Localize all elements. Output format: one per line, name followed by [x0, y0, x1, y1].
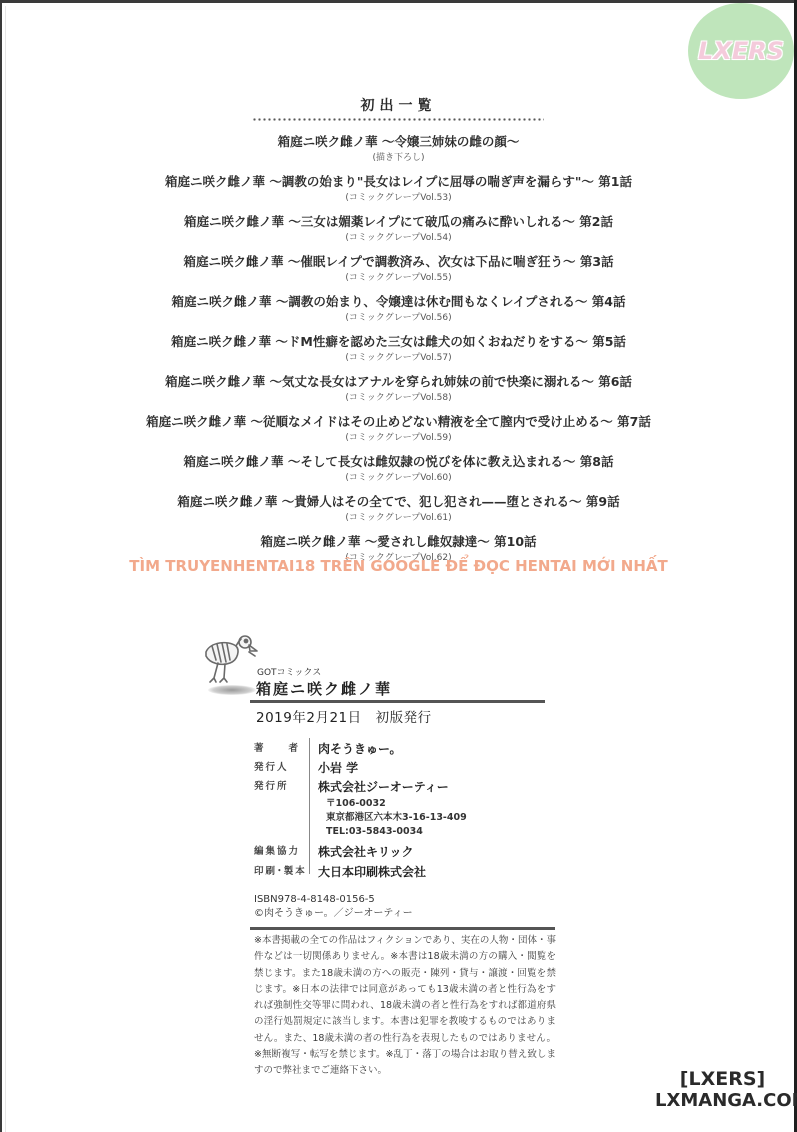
list-item: 箱庭ニ咲ク雌ノ華 〜ドM性癖を認めた三女は雌犬の如くおねだりをする〜 第5話(コ… — [0, 332, 797, 372]
lxers-logo-badge: LXERS — [688, 3, 794, 99]
list-item: 箱庭ニ咲ク雌ノ華 〜貴婦人はその全てで、犯し犯され——堕とされる〜 第9話(コミ… — [0, 492, 797, 532]
credit-label: 編集協力 — [254, 843, 310, 857]
phone-number: TEL:03-5843-0034 — [326, 825, 467, 839]
notice-rule — [250, 927, 555, 930]
bird-logo-icon — [200, 630, 262, 692]
entry-title: 箱庭ニ咲ク雌ノ華 〜ドM性癖を認めた三女は雌犬の如くおねだりをする〜 第5話 — [0, 332, 797, 352]
isbn: ISBN978-4-8148-0156-5 — [254, 893, 413, 907]
credit-value: 株式会社ジーオーティー — [310, 778, 449, 795]
page-border-top — [0, 0, 797, 3]
promo-banner-text: TÌM TRUYENHENTAI18 TRÊN GOOGLE ĐỂ ĐỌC HE… — [0, 557, 797, 575]
dotted-divider — [252, 118, 544, 121]
postal-code: 〒106-0032 — [326, 797, 467, 811]
contents-title: 初出一覧 — [0, 95, 797, 115]
entry-source: (コミックグレープVol.60) — [0, 472, 797, 484]
credit-value: 小岩 学 — [310, 759, 358, 776]
list-item: 箱庭ニ咲ク雌ノ華 〜従順なメイドはその止めどない精液を全て膣内で受け止める〜 第… — [0, 412, 797, 452]
entry-title: 箱庭ニ咲ク雌ノ華 〜愛されし雌奴隷達〜 第10話 — [0, 532, 797, 552]
credit-value: 株式会社キリック — [310, 843, 414, 860]
credit-printing: 印刷･製本 大日本印刷株式会社 — [254, 863, 467, 883]
book-title: 箱庭ニ咲ク雌ノ華 — [256, 678, 392, 699]
entry-title: 箱庭ニ咲ク雌ノ華 〜そして長女は雌奴隷の悦びを体に教え込まれる〜 第8話 — [0, 452, 797, 472]
list-item: 箱庭ニ咲ク雌ノ華 〜催眠レイプで調教済み、次女は下品に喘ぎ狂う〜 第3話(コミッ… — [0, 252, 797, 292]
legal-notice: ※本書掲載の全ての作品はフィクションであり、実在の人物・団体・事件などは一切関係… — [254, 933, 556, 1080]
credit-label: 発行人 — [254, 759, 310, 773]
entry-title: 箱庭ニ咲ク雌ノ華 〜催眠レイプで調教済み、次女は下品に喘ぎ狂う〜 第3話 — [0, 252, 797, 272]
entry-source: (コミックグレープVol.53) — [0, 192, 797, 204]
lxmanga-watermark: [LXERS] LXMANGA.COM — [655, 1069, 790, 1111]
credit-editorial: 編集協力 株式会社キリック — [254, 843, 467, 863]
list-item: 箱庭ニ咲ク雌ノ華 〜調教の始まり、令嬢達は休む間もなくレイプされる〜 第4話(コ… — [0, 292, 797, 332]
entry-title: 箱庭ニ咲ク雌ノ華 〜貴婦人はその全てで、犯し犯され——堕とされる〜 第9話 — [0, 492, 797, 512]
entry-title: 箱庭ニ咲ク雌ノ華 〜従順なメイドはその止めどない精液を全て膣内で受け止める〜 第… — [0, 412, 797, 432]
credit-label: 印刷･製本 — [254, 863, 310, 877]
list-item: 箱庭ニ咲ク雌ノ華 〜三女は媚薬レイプにて破瓜の痛みに酔いしれる〜 第2話(コミッ… — [0, 212, 797, 252]
list-item: 箱庭ニ咲ク雌ノ華 〜令嬢三姉妹の雌の顔〜(描き下ろし) — [0, 132, 797, 172]
list-item: 箱庭ニ咲ク雌ノ華 〜調教の始まり"長女はレイプに屈辱の喘ぎ声を漏らす"〜 第1話… — [0, 172, 797, 212]
entry-source: (コミックグレープVol.54) — [0, 232, 797, 244]
entry-title: 箱庭ニ咲ク雌ノ華 〜三女は媚薬レイプにて破瓜の痛みに酔いしれる〜 第2話 — [0, 212, 797, 232]
credit-author: 著 者 肉そうきゅー。 — [254, 740, 467, 759]
list-item: 箱庭ニ咲ク雌ノ華 〜気丈な長女はアナルを穿られ姉妹の前で快楽に溺れる〜 第6話(… — [0, 372, 797, 412]
entry-source: (コミックグレープVol.61) — [0, 512, 797, 524]
lxers-logo-text: LXERS — [698, 37, 784, 65]
watermark-line-1: [LXERS] — [655, 1069, 790, 1090]
copyright: ©肉そうきゅー。／ジーオーティー — [254, 907, 413, 921]
entry-title: 箱庭ニ咲ク雌ノ華 〜令嬢三姉妹の雌の顔〜 — [0, 132, 797, 152]
title-rule — [250, 700, 545, 703]
entry-title: 箱庭ニ咲ク雌ノ華 〜調教の始まり、令嬢達は休む間もなくレイプされる〜 第4話 — [0, 292, 797, 312]
entry-source: (コミックグレープVol.58) — [0, 392, 797, 404]
credit-value: 大日本印刷株式会社 — [310, 863, 426, 880]
watermark-line-2: LXMANGA.COM — [655, 1090, 790, 1111]
entry-source: (コミックグレープVol.59) — [0, 432, 797, 444]
first-appearance-list: 箱庭ニ咲ク雌ノ華 〜令嬢三姉妹の雌の顔〜(描き下ろし) 箱庭ニ咲ク雌ノ華 〜調教… — [0, 132, 797, 572]
entry-source: (コミックグレープVol.55) — [0, 272, 797, 284]
edition-label: 初版発行 — [376, 710, 432, 726]
bird-shadow — [208, 685, 256, 695]
credit-label: 著 者 — [254, 740, 310, 754]
street-address: 東京都港区六本木3-16-13-409 — [326, 811, 467, 825]
publication-date: 2019年2月21日 — [256, 710, 362, 726]
entry-title: 箱庭ニ咲ク雌ノ華 〜気丈な長女はアナルを穿られ姉妹の前で快楽に溺れる〜 第6話 — [0, 372, 797, 392]
publication-date-line: 2019年2月21日初版発行 — [256, 706, 432, 726]
credit-publisher-person: 発行人 小岩 学 — [254, 759, 467, 778]
list-item: 箱庭ニ咲ク雌ノ華 〜そして長女は雌奴隷の悦びを体に教え込まれる〜 第8話(コミッ… — [0, 452, 797, 492]
isbn-block: ISBN978-4-8148-0156-5 ©肉そうきゅー。／ジーオーティー — [254, 893, 413, 921]
entry-title: 箱庭ニ咲ク雌ノ華 〜調教の始まり"長女はレイプに屈辱の喘ぎ声を漏らす"〜 第1話 — [0, 172, 797, 192]
entry-source: (描き下ろし) — [0, 152, 797, 164]
entry-source: (コミックグレープVol.57) — [0, 352, 797, 364]
entry-source: (コミックグレープVol.56) — [0, 312, 797, 324]
credit-value: 肉そうきゅー。 — [310, 740, 402, 757]
credit-publisher: 発行所 株式会社ジーオーティー — [254, 778, 467, 797]
publisher-address: 〒106-0032 東京都港区六本木3-16-13-409 TEL:03-584… — [254, 797, 467, 839]
credits-block: 著 者 肉そうきゅー。 発行人 小岩 学 発行所 株式会社ジーオーティー 〒10… — [254, 740, 467, 883]
series-label: GOTコミックス — [257, 665, 321, 678]
credit-label: 発行所 — [254, 778, 310, 792]
